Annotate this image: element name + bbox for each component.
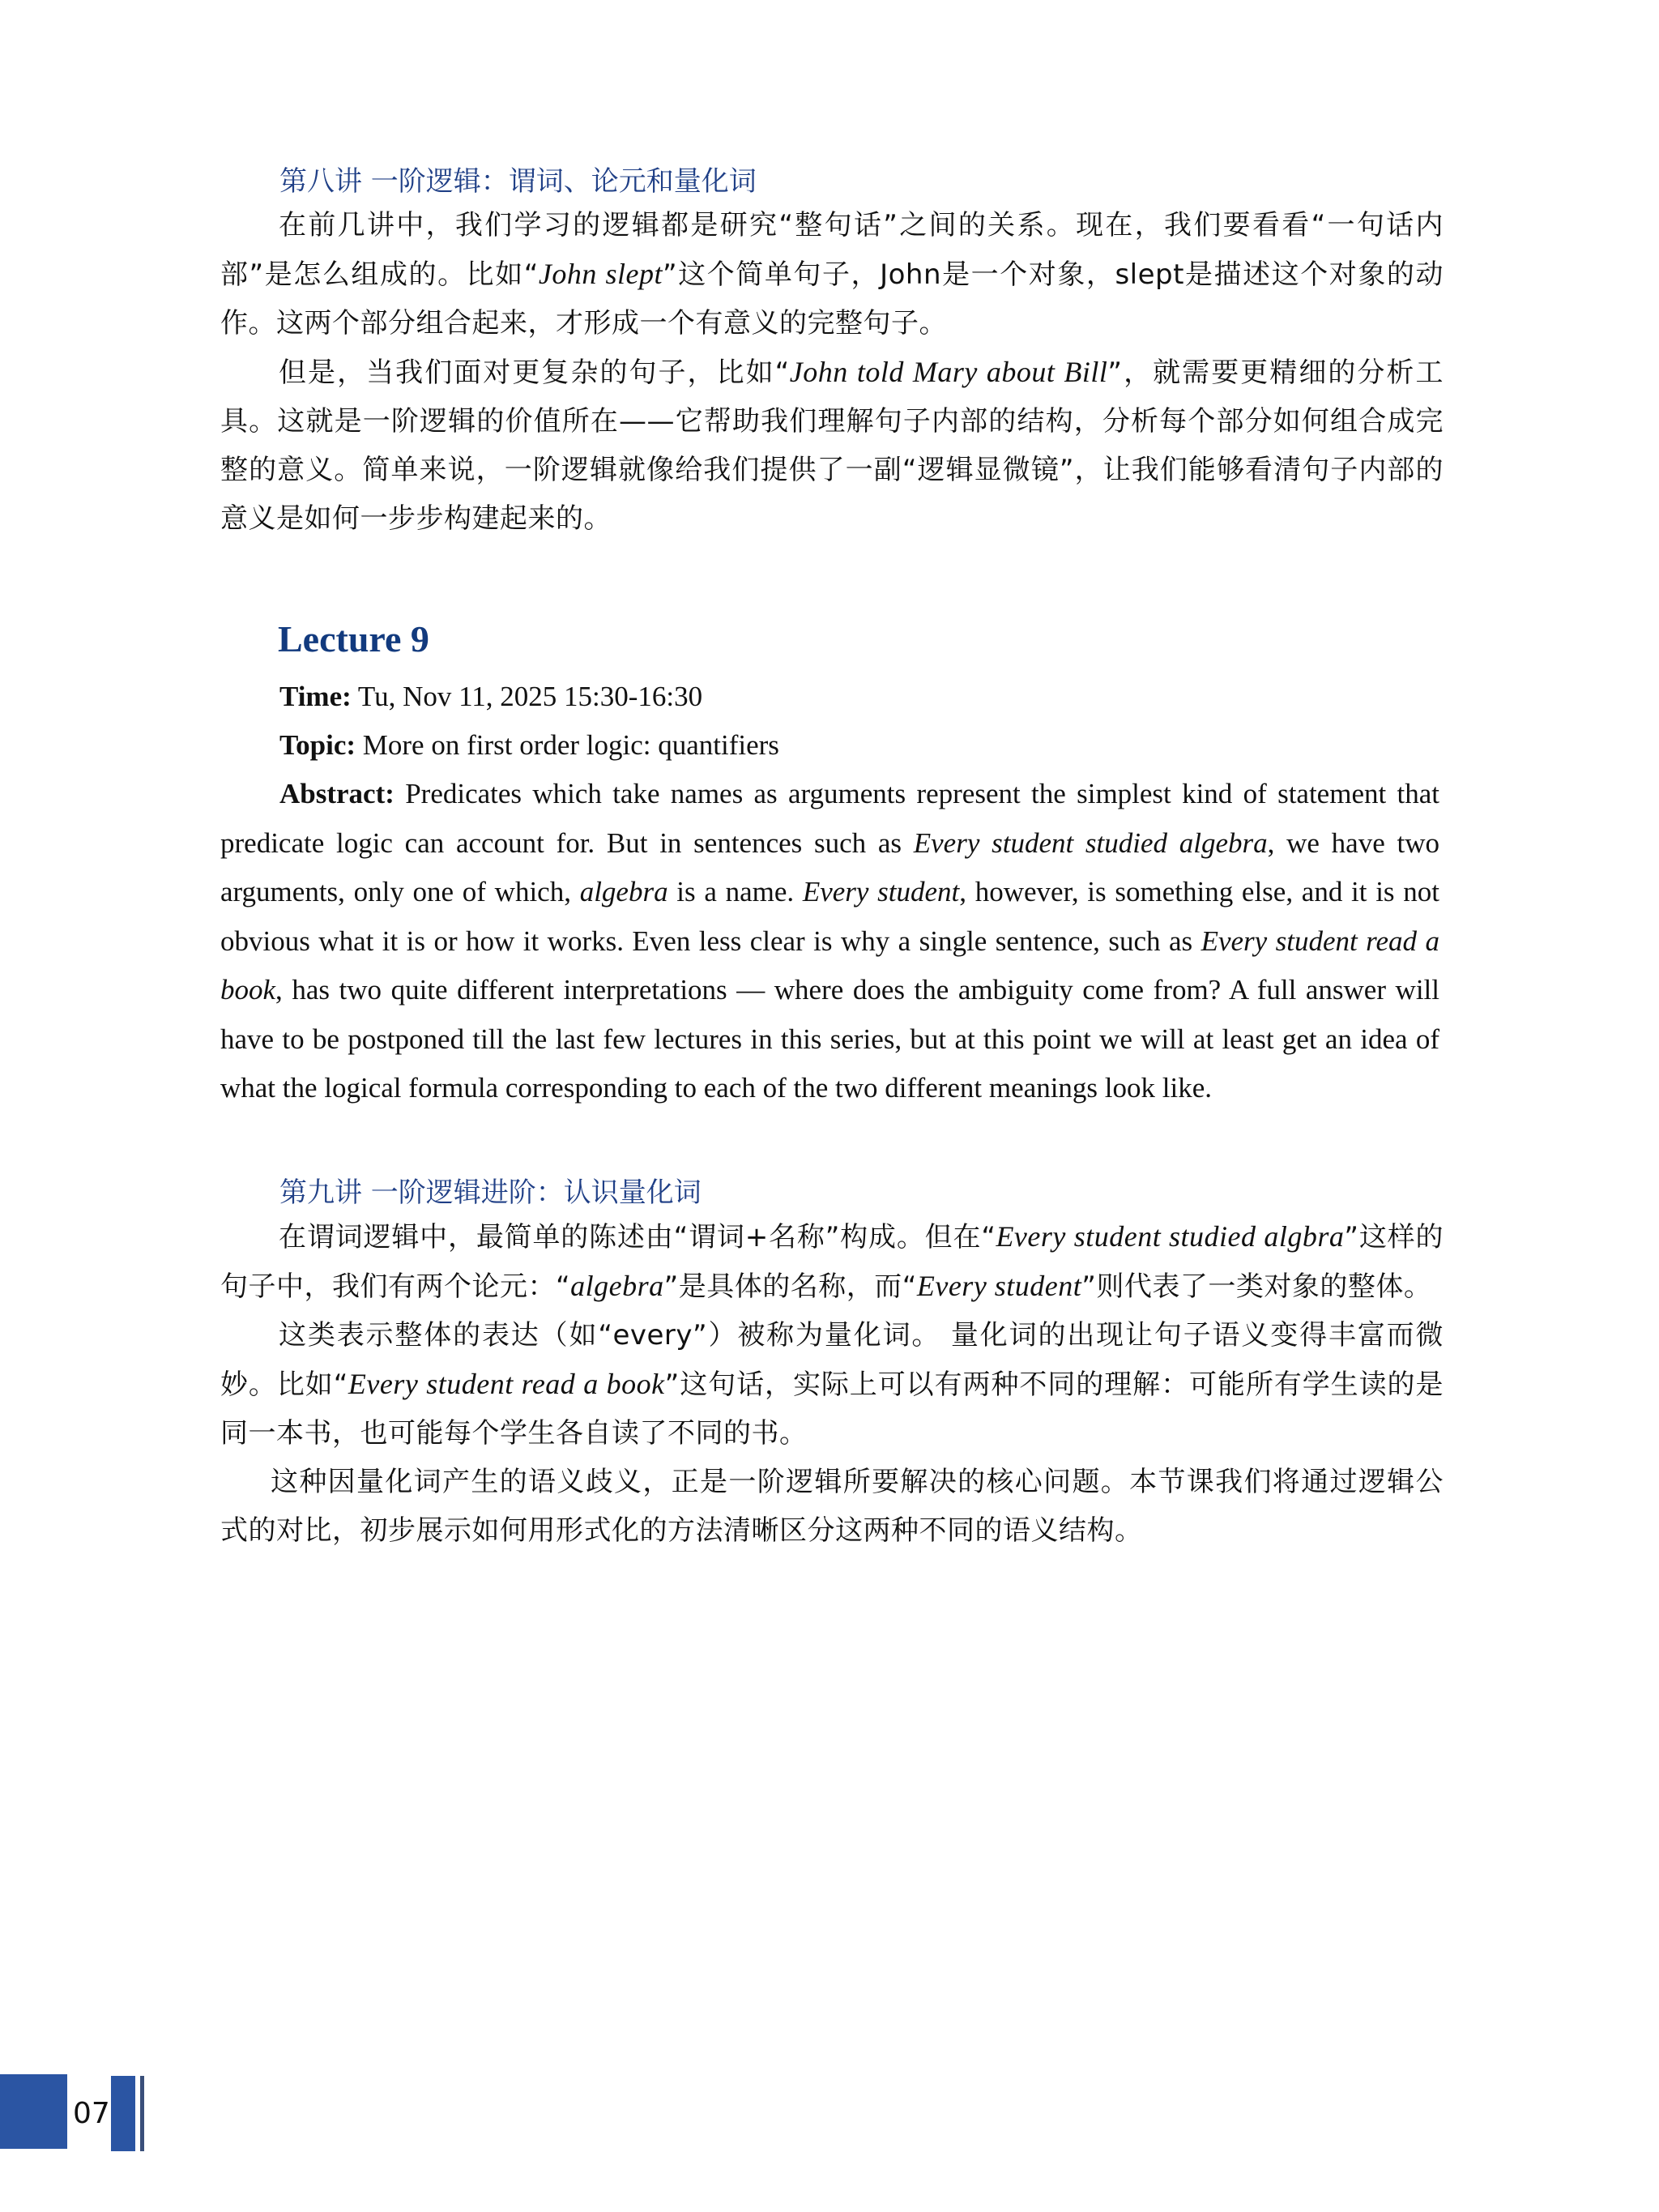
section9-zh-body: 在谓词逻辑中，最简单的陈述由“谓词+名称”构成。但在“Every student… [220,1212,1444,1555]
section9-zh-paragraph-3: 这种因量化词产生的语义歧义，正是一阶逻辑所要解决的核心问题。本节课我们将通过逻辑… [220,1458,1444,1555]
lecture-title: Lecture 9 [278,617,429,660]
section8-zh-paragraph-2: 但是，当我们面对更复杂的句子，比如“John told Mary about B… [220,348,1444,543]
footer-bar-right-thin [140,2076,144,2151]
lecture-topic: Topic: More on first order logic: quanti… [279,729,779,762]
example-sentence: John slept [539,258,663,290]
lecture-abstract: Abstract: Predicates which take names as… [220,770,1439,1113]
section8-zh-heading: 第八讲 一阶逻辑：谓词、论元和量化词 [279,159,757,199]
footer-bar-left [0,2074,67,2149]
page-number: 07 [73,2097,110,2130]
section9-zh-paragraph-1: 在谓词逻辑中，最简单的陈述由“谓词+名称”构成。但在“Every student… [220,1212,1444,1311]
section8-zh-body: 在前几讲中，我们学习的逻辑都是研究“整句话”之间的关系。现在，我们要看看“一句话… [220,201,1444,543]
example-sentence: John told Mary about Bill [790,356,1108,388]
document-page: 第八讲 一阶逻辑：谓词、论元和量化词 在前几讲中，我们学习的逻辑都是研究“整句话… [0,0,1659,2212]
section8-zh-paragraph-1: 在前几讲中，我们学习的逻辑都是研究“整句话”之间的关系。现在，我们要看看“一句话… [220,201,1444,348]
footer-bar-right-thick [111,2076,135,2151]
lecture-time: Time: Tu, Nov 11, 2025 15:30-16:30 [279,681,702,713]
section9-zh-paragraph-2: 这类表示整体的表达（如“every”）被称为量化词。 量化词的出现让句子语义变得… [220,1311,1444,1458]
section9-zh-heading: 第九讲 一阶逻辑进阶：认识量化词 [279,1170,702,1210]
